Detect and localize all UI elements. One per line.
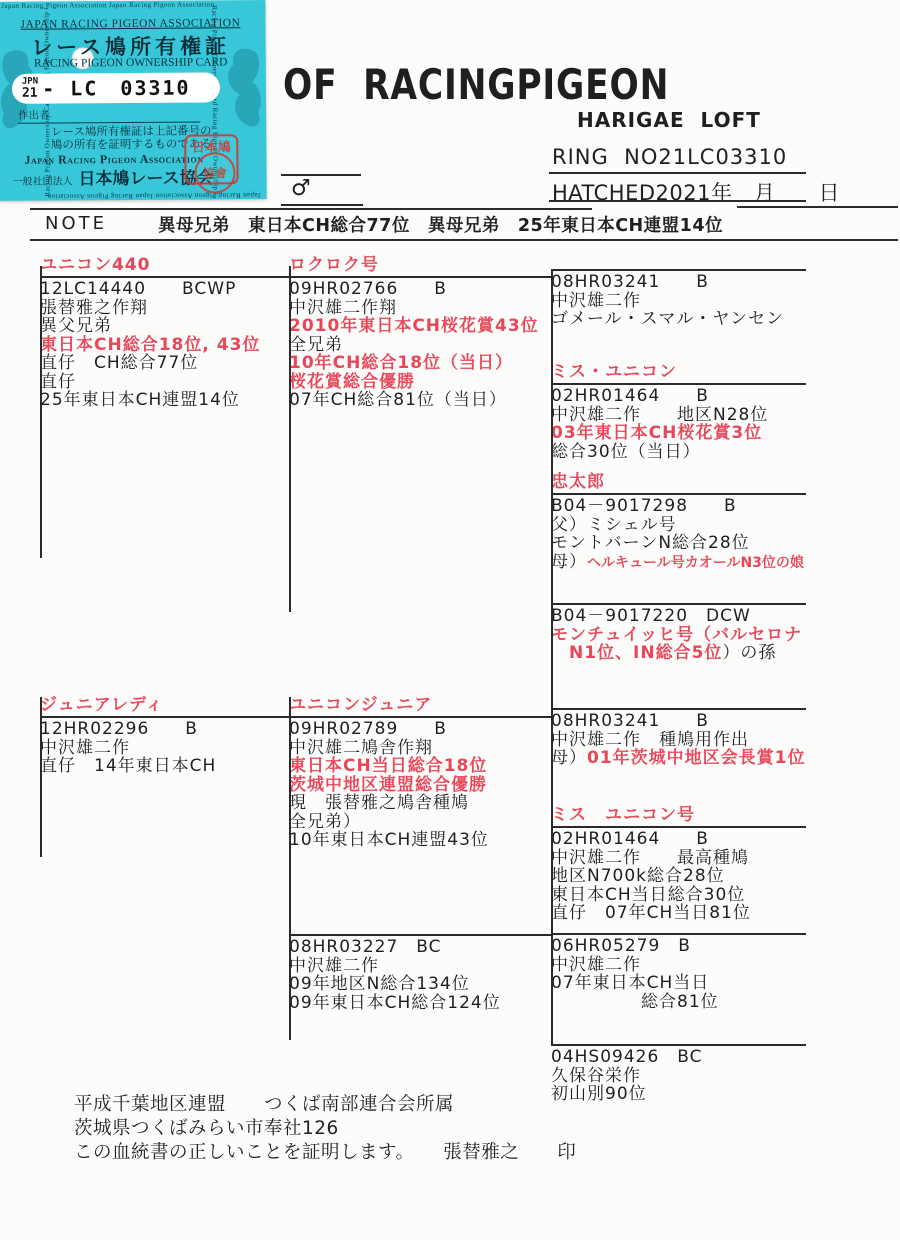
pedigree-line: B04－9017298 B [551, 497, 806, 516]
pedigree-box-title: ロクロク号 [289, 257, 551, 274]
pedigree-box-b04-9017220: B04－9017220 DCWモンチュイッヒ号（バルセロナ N1位、IN総合5位… [551, 603, 806, 663]
pedigree-line: 06HR05279 B [551, 937, 806, 956]
pedigree-line: 25年東日本CH連盟14位 [40, 391, 289, 410]
pedigree-certificate-page: Japan Racing Pigeon Association Japan Ra… [0, 0, 900, 1240]
pedigree-line: 02HR01464 B [551, 387, 806, 406]
pedigree-box-topline [551, 708, 806, 710]
pedigree-line: 中沢雄二鳩舎作翔 [289, 739, 551, 758]
pedigree-line: 中沢雄二作 最高種鳩 [551, 849, 806, 868]
pedigree-line: 直仔 CH総合77位 [40, 354, 289, 373]
pedigree-line: 総合81位 [551, 993, 806, 1012]
pedigree-line: 東日本CH当日総合18位 [289, 757, 551, 776]
pedigree-box-chutaro: 忠太郎B04－9017298 B父）ミシェル号モントバーンN総合28位母）ヘルキ… [551, 474, 806, 572]
pedigree-box-08hr03227: 08HR03227 BC中沢雄二作09年地区N総合134位09年東日本CH総合1… [289, 934, 551, 1012]
pedigree-line: 中沢雄二作 地区N28位 [551, 406, 806, 425]
pedigree-box-topline [551, 383, 806, 385]
pedigree-line: 茨城中地区連盟総合優勝 [289, 776, 551, 795]
pedigree-box-miss-unicorn-go: ミス ユニコン号02HR01464 B中沢雄二作 最高種鳩地区N700k総合28… [551, 807, 806, 923]
pedigree-line: 現 張替雅之鳩舎種鳩 [289, 794, 551, 813]
pedigree-line: 2010年東日本CH桜花賞43位 [289, 317, 551, 336]
pedigree-line: 03年東日本CH桜花賞3位 [551, 424, 806, 443]
pedigree-line: 02HR01464 B [551, 830, 806, 849]
pedigree-line: 異父兄弟 [40, 317, 289, 336]
footer-certification: この血統書の正しいことを証明します。 張替雅之 印 [74, 1138, 576, 1164]
pedigree-line: 張替雅之作翔 [40, 299, 289, 318]
footer-affiliation: 平成千葉地区連盟 つくば南部連合会所属 [74, 1090, 454, 1116]
pedigree-line: 12LC14440 BCWP [40, 280, 289, 299]
pedigree-line: 中沢雄二作 [289, 957, 551, 976]
pedigree-connector-line [40, 266, 42, 558]
pedigree-connector-line [289, 266, 291, 612]
pedigree-box-title: ミス ユニコン号 [551, 807, 806, 824]
pedigree-line: 08HR03241 B [551, 712, 806, 731]
pedigree-line: 母）ヘルキュール号カオールN3位の娘 [551, 553, 806, 573]
pedigree-box-08hr03241-paternal: 08HR03241 B中沢雄二作ゴメール・スマル・ヤンセン [551, 269, 806, 329]
pedigree-box-topline [289, 934, 551, 936]
pedigree-line: 10年東日本CH連盟43位 [289, 831, 551, 850]
pedigree-line: 東日本CH総合18位, 43位 [40, 336, 289, 355]
pedigree-box-title: ユニコン440 [40, 257, 289, 274]
footer-address: 茨城県つくばみらい市奉社126 [74, 1114, 339, 1140]
pedigree-line: 中沢雄二作 [551, 292, 806, 311]
pedigree-line: 09年地区N総合134位 [289, 975, 551, 994]
pedigree-line: 09年東日本CH総合124位 [289, 994, 551, 1013]
pedigree-line: 総合30位（当日） [551, 443, 806, 462]
pedigree-box-miss-unicorn: ミス・ユニコン02HR01464 B中沢雄二作 地区N28位03年東日本CH桜花… [551, 364, 806, 461]
pedigree-box-title: ジュニアレディ [40, 697, 289, 714]
pedigree-line: 直仔 07年CH当日81位 [551, 904, 806, 923]
pedigree-line: 07年東日本CH当日 [551, 974, 806, 993]
pedigree-box-topline [551, 269, 806, 271]
pedigree-line: 04HS09426 BC [551, 1048, 806, 1067]
pedigree-box-06hr05279: 06HR05279 B中沢雄二作07年東日本CH当日 総合81位 [551, 933, 806, 1011]
pedigree-box-topline [40, 276, 289, 278]
pedigree-line: 中沢雄二作 種鳩用作出 [551, 731, 806, 750]
pedigree-box-junior-lady: ジュニアレディ12HR02296 B中沢雄二作直仔 14年東日本CH [40, 697, 289, 776]
pedigree-line: 地区N700k総合28位 [551, 867, 806, 886]
pedigree-line: 08HR03227 BC [289, 938, 551, 957]
pedigree-box-topline [551, 1044, 806, 1046]
pedigree-box-topline [551, 933, 806, 935]
pedigree-line: N1位、IN総合5位）の孫 [551, 644, 806, 663]
pedigree-box-unicorn-junior: ユニコンジュニア09HR02789 B中沢雄二鳩舎作翔東日本CH当日総合18位茨… [289, 697, 551, 850]
pedigree-line: 10年CH総合18位（当日） [289, 354, 551, 373]
pedigree-line: 08HR03241 B [551, 273, 806, 292]
pedigree-box-topline [40, 716, 289, 718]
pedigree-line: モンチュイッヒ号（バルセロナ [551, 626, 806, 645]
pedigree-line: 久保谷栄作 [551, 1067, 806, 1086]
pedigree-box-04hs09426: 04HS09426 BC久保谷栄作初山別90位 [551, 1044, 806, 1104]
pedigree-line: モントバーンN総合28位 [551, 534, 806, 553]
pedigree-box-topline [551, 493, 806, 495]
pedigree-line: 12HR02296 B [40, 720, 289, 739]
pedigree-line: 全兄弟） [289, 813, 551, 832]
pedigree-line: 中沢雄二作 [551, 956, 806, 975]
pedigree-box-title: 忠太郎 [551, 474, 806, 491]
pedigree-line: 初山別90位 [551, 1085, 806, 1104]
pedigree-box-title: ユニコンジュニア [289, 697, 551, 714]
pedigree-box-topline [551, 826, 806, 828]
pedigree-box-title: ミス・ユニコン [551, 364, 806, 381]
pedigree-box-topline [289, 276, 551, 278]
pedigree-box-topline [551, 603, 806, 605]
pedigree-line: B04－9017220 DCW [551, 607, 806, 626]
pedigree-connector-line [289, 697, 291, 1040]
pedigree-box-topline [289, 716, 551, 718]
pedigree-box-unicorn-440: ユニコン44012LC14440 BCWP張替雅之作翔異父兄弟東日本CH総合18… [40, 257, 289, 410]
pedigree: ユニコン44012LC14440 BCWP張替雅之作翔異父兄弟東日本CH総合18… [0, 0, 900, 1240]
pedigree-line: 直仔 [40, 373, 289, 392]
pedigree-line: ゴメール・スマル・ヤンセン [551, 310, 806, 329]
pedigree-line: 中沢雄二作翔 [289, 299, 551, 318]
pedigree-line: 09HR02789 B [289, 720, 551, 739]
pedigree-line: 09HR02766 B [289, 280, 551, 299]
pedigree-connector-line [551, 269, 553, 1046]
pedigree-line: 全兄弟 [289, 336, 551, 355]
pedigree-line: 母）01年茨城中地区会長賞1位 [551, 749, 806, 768]
pedigree-line: 中沢雄二作 [40, 739, 289, 758]
pedigree-line: 桜花賞総合優勝 [289, 373, 551, 392]
pedigree-line: 直仔 14年東日本CH [40, 757, 289, 776]
pedigree-line: 東日本CH当日総合30位 [551, 886, 806, 905]
pedigree-connector-line [40, 697, 42, 857]
pedigree-box-08hr03241-maternal: 08HR03241 B中沢雄二作 種鳩用作出母）01年茨城中地区会長賞1位 [551, 708, 806, 768]
pedigree-box-rokuroku-go: ロクロク号09HR02766 B中沢雄二作翔2010年東日本CH桜花賞43位全兄… [289, 257, 551, 410]
pedigree-line: 07年CH総合81位（当日） [289, 391, 551, 410]
pedigree-line: 父）ミシェル号 [551, 516, 806, 535]
